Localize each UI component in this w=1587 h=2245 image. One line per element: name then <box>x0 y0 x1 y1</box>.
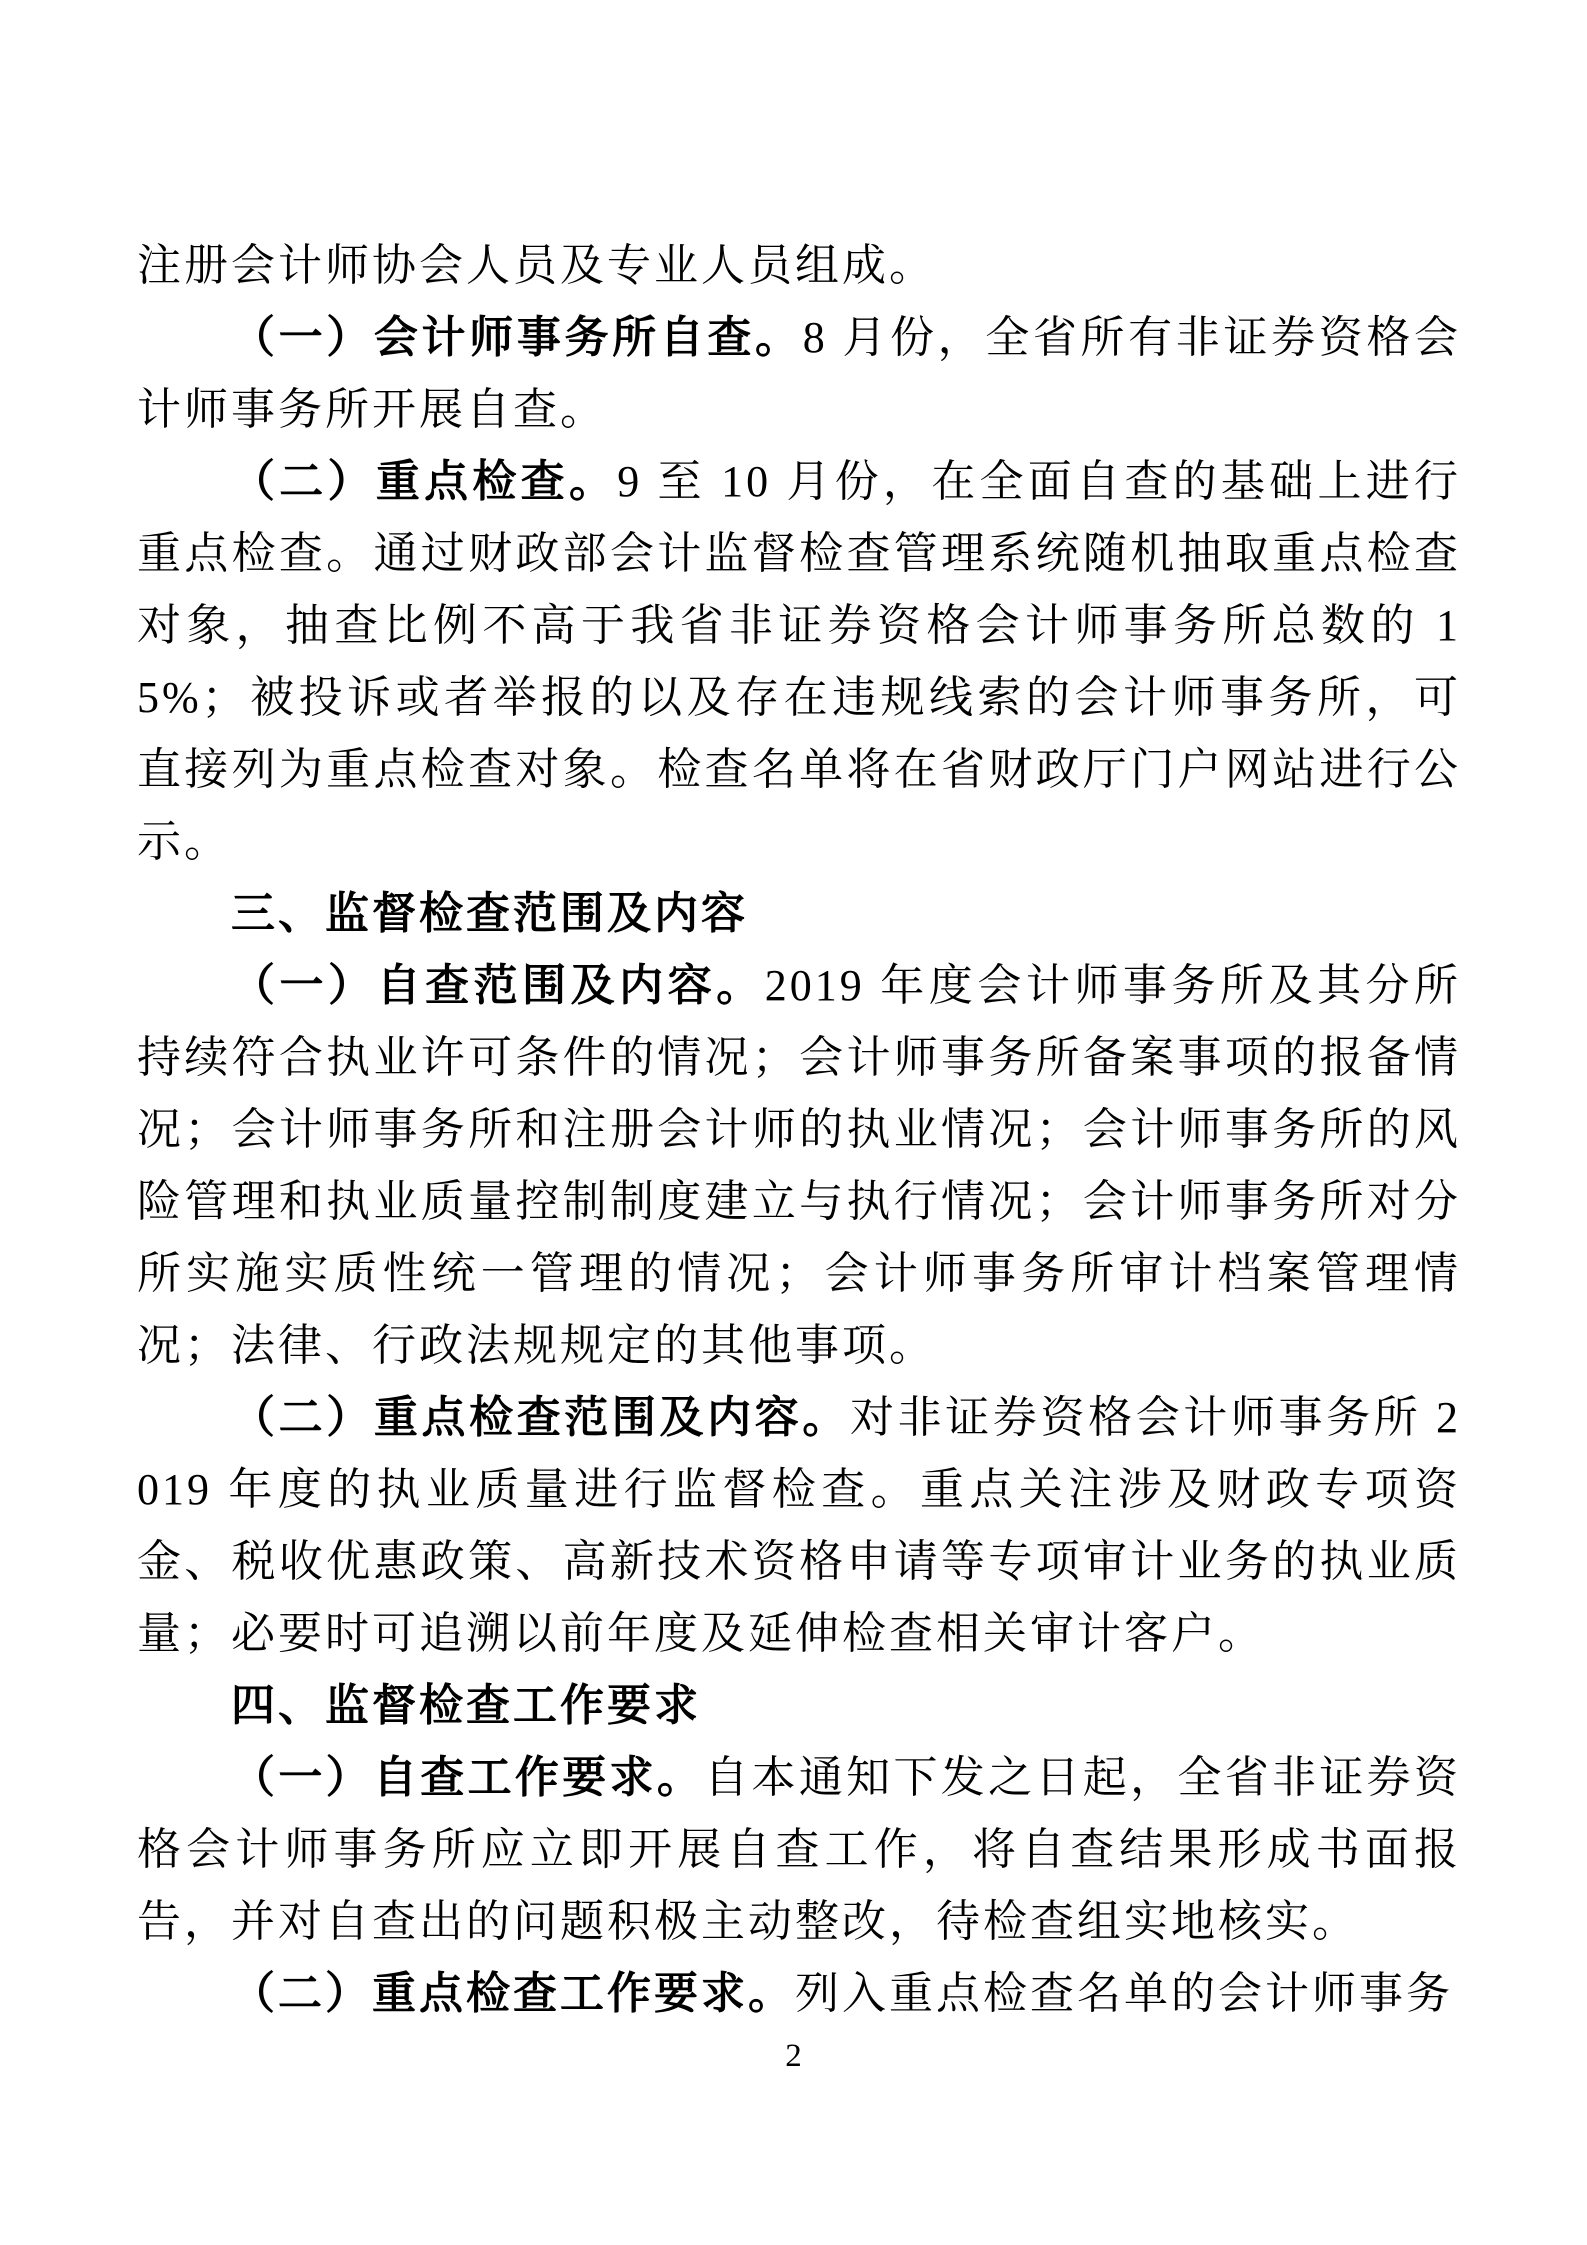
paragraph-key-inspection: （二）重点检查。9 至 10 月份，在全面自查的基础上进行重点检查。通过财政部会… <box>137 446 1461 878</box>
page-number: 2 <box>0 2034 1587 2078</box>
paragraph-text: 2019 年度会计师事务所及其分所持续符合执业许可条件的情况；会计师事务所备案事… <box>137 961 1461 1370</box>
paragraph-lead: （一）自查范围及内容。 <box>231 961 765 1010</box>
paragraph-key-inspection-requirements: （二）重点检查工作要求。列入重点检查名单的会计师事务 <box>137 1958 1461 2030</box>
paragraph-self-inspection-scope: （一）自查范围及内容。2019 年度会计师事务所及其分所持续符合执业许可条件的情… <box>137 950 1461 1382</box>
section-heading-3: 三、监督检查范围及内容 <box>137 878 1461 950</box>
paragraph-lead: （一）会计师事务所自查。 <box>231 313 803 362</box>
paragraph-text: 列入重点检查名单的会计师事务 <box>795 1969 1453 2018</box>
paragraph-lead: （一）自查工作要求。 <box>231 1753 704 1802</box>
paragraph-lead: （二）重点检查工作要求。 <box>231 1969 795 2018</box>
paragraph-continuation: 注册会计师协会人员及专业人员组成。 <box>137 230 1461 302</box>
heading-text: 四、监督检查工作要求 <box>231 1681 701 1730</box>
section-heading-4: 四、监督检查工作要求 <box>137 1670 1461 1742</box>
paragraph-self-inspection: （一）会计师事务所自查。8 月份，全省所有非证券资格会计师事务所开展自查。 <box>137 302 1461 446</box>
document-page: 注册会计师协会人员及专业人员组成。 （一）会计师事务所自查。8 月份，全省所有非… <box>0 0 1587 2245</box>
paragraph-lead: （二）重点检查。 <box>231 457 617 506</box>
paragraph-text: 9 至 10 月份，在全面自查的基础上进行重点检查。通过财政部会计监督检查管理系… <box>137 457 1461 866</box>
heading-text: 三、监督检查范围及内容 <box>231 889 748 938</box>
document-body: 注册会计师协会人员及专业人员组成。 （一）会计师事务所自查。8 月份，全省所有非… <box>137 230 1461 2030</box>
paragraph-lead: （二）重点检查范围及内容。 <box>231 1393 850 1442</box>
paragraph-text: 注册会计师协会人员及专业人员组成。 <box>137 241 936 290</box>
paragraph-key-inspection-scope: （二）重点检查范围及内容。对非证券资格会计师事务所 2019 年度的执业质量进行… <box>137 1382 1461 1670</box>
paragraph-self-inspection-requirements: （一）自查工作要求。自本通知下发之日起，全省非证券资格会计师事务所应立即开展自查… <box>137 1742 1461 1958</box>
